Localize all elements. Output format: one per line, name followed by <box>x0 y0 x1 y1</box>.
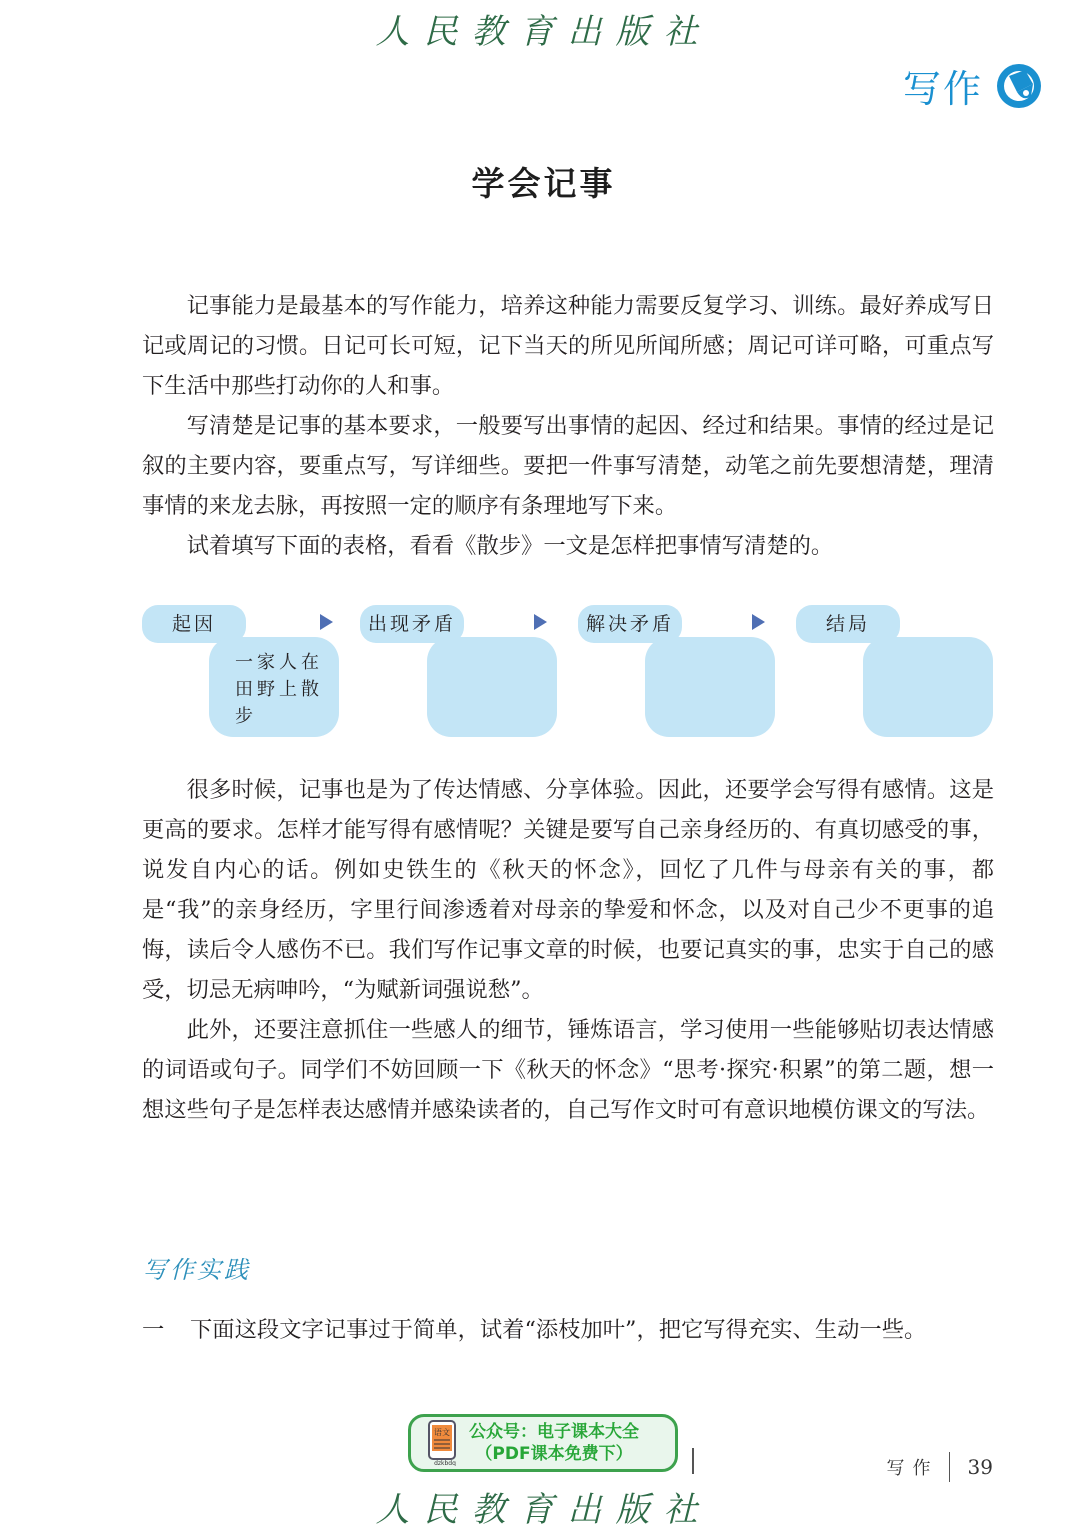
paragraph: 记事能力是最基本的写作能力，培养这种能力需要反复学习、训练。最好养成写日记或周记… <box>142 286 994 406</box>
paragraph: 试着填写下面的表格，看看《散步》一文是怎样把事情写清楚的。 <box>142 526 994 566</box>
flow-step-box[interactable]: 一家人在田野上散步 <box>209 637 339 737</box>
promo-line-1: 公众号：电子课本大全 <box>469 1421 639 1443</box>
flow-step-ending: 结局 <box>796 605 1006 740</box>
exercise-item: 一下面这段文字记事过于简单，试着“添枝加叶”，把它写得充实、生动一些。 <box>142 1310 1002 1350</box>
arrow-right-icon <box>752 614 765 630</box>
exercise-number: 一 <box>142 1310 190 1350</box>
practice-heading: 写作实践 <box>143 1250 251 1285</box>
paragraph: 很多时候，记事也是为了传达情感、分享体验。因此，还要学会写得有感情。这是更高的要… <box>142 770 994 1010</box>
ebook-tablet-icon: 语文 dzkbdq <box>425 1420 459 1466</box>
svg-text:dzkbdq: dzkbdq <box>434 1460 456 1466</box>
page-footer: 写作 39 <box>887 1452 993 1482</box>
divider <box>692 1448 694 1474</box>
page-title: 学会记事 <box>0 158 1087 205</box>
section-header: 写作 <box>903 58 1043 113</box>
flow-step-box[interactable] <box>427 637 557 737</box>
writing-pen-badge-icon <box>995 62 1043 110</box>
promo-banner[interactable]: 语文 dzkbdq 公众号：电子课本大全 （PDF课本免费下） <box>408 1414 678 1472</box>
publisher-logo-top: 人民教育出版社 <box>0 4 1087 53</box>
arrow-right-icon <box>534 614 547 630</box>
section-label: 写作 <box>903 58 983 113</box>
emotion-section: 很多时候，记事也是为了传达情感、分享体验。因此，还要学会写得有感情。这是更高的要… <box>142 770 994 1130</box>
footer-section: 写作 <box>887 1454 939 1480</box>
intro-section: 记事能力是最基本的写作能力，培养这种能力需要反复学习、训练。最好养成写日记或周记… <box>142 286 994 566</box>
flow-step-box[interactable] <box>645 637 775 737</box>
paragraph: 写清楚是记事的基本要求，一般要写出事情的起因、经过和结果。事情的经过是记叙的主要… <box>142 406 994 526</box>
publisher-logo-bottom: 人民教育出版社 <box>0 1482 1087 1531</box>
promo-line-2: （PDF课本免费下） <box>469 1443 639 1465</box>
event-flow-diagram: 起因 一家人在田野上散步 出现矛盾 解决矛盾 结局 <box>142 605 994 740</box>
promo-text: 公众号：电子课本大全 （PDF课本免费下） <box>469 1421 639 1465</box>
page-number: 39 <box>968 1455 993 1479</box>
exercise-text: 下面这段文字记事过于简单，试着“添枝加叶”，把它写得充实、生动一些。 <box>190 1317 926 1343</box>
arrow-right-icon <box>320 614 333 630</box>
svg-text:语文: 语文 <box>434 1427 450 1437</box>
flow-step-box[interactable] <box>863 637 993 737</box>
divider <box>949 1452 950 1482</box>
paragraph: 此外，还要注意抓住一些感人的细节，锤炼语言，学习使用一些能够贴切表达情感的词语或… <box>142 1010 994 1130</box>
